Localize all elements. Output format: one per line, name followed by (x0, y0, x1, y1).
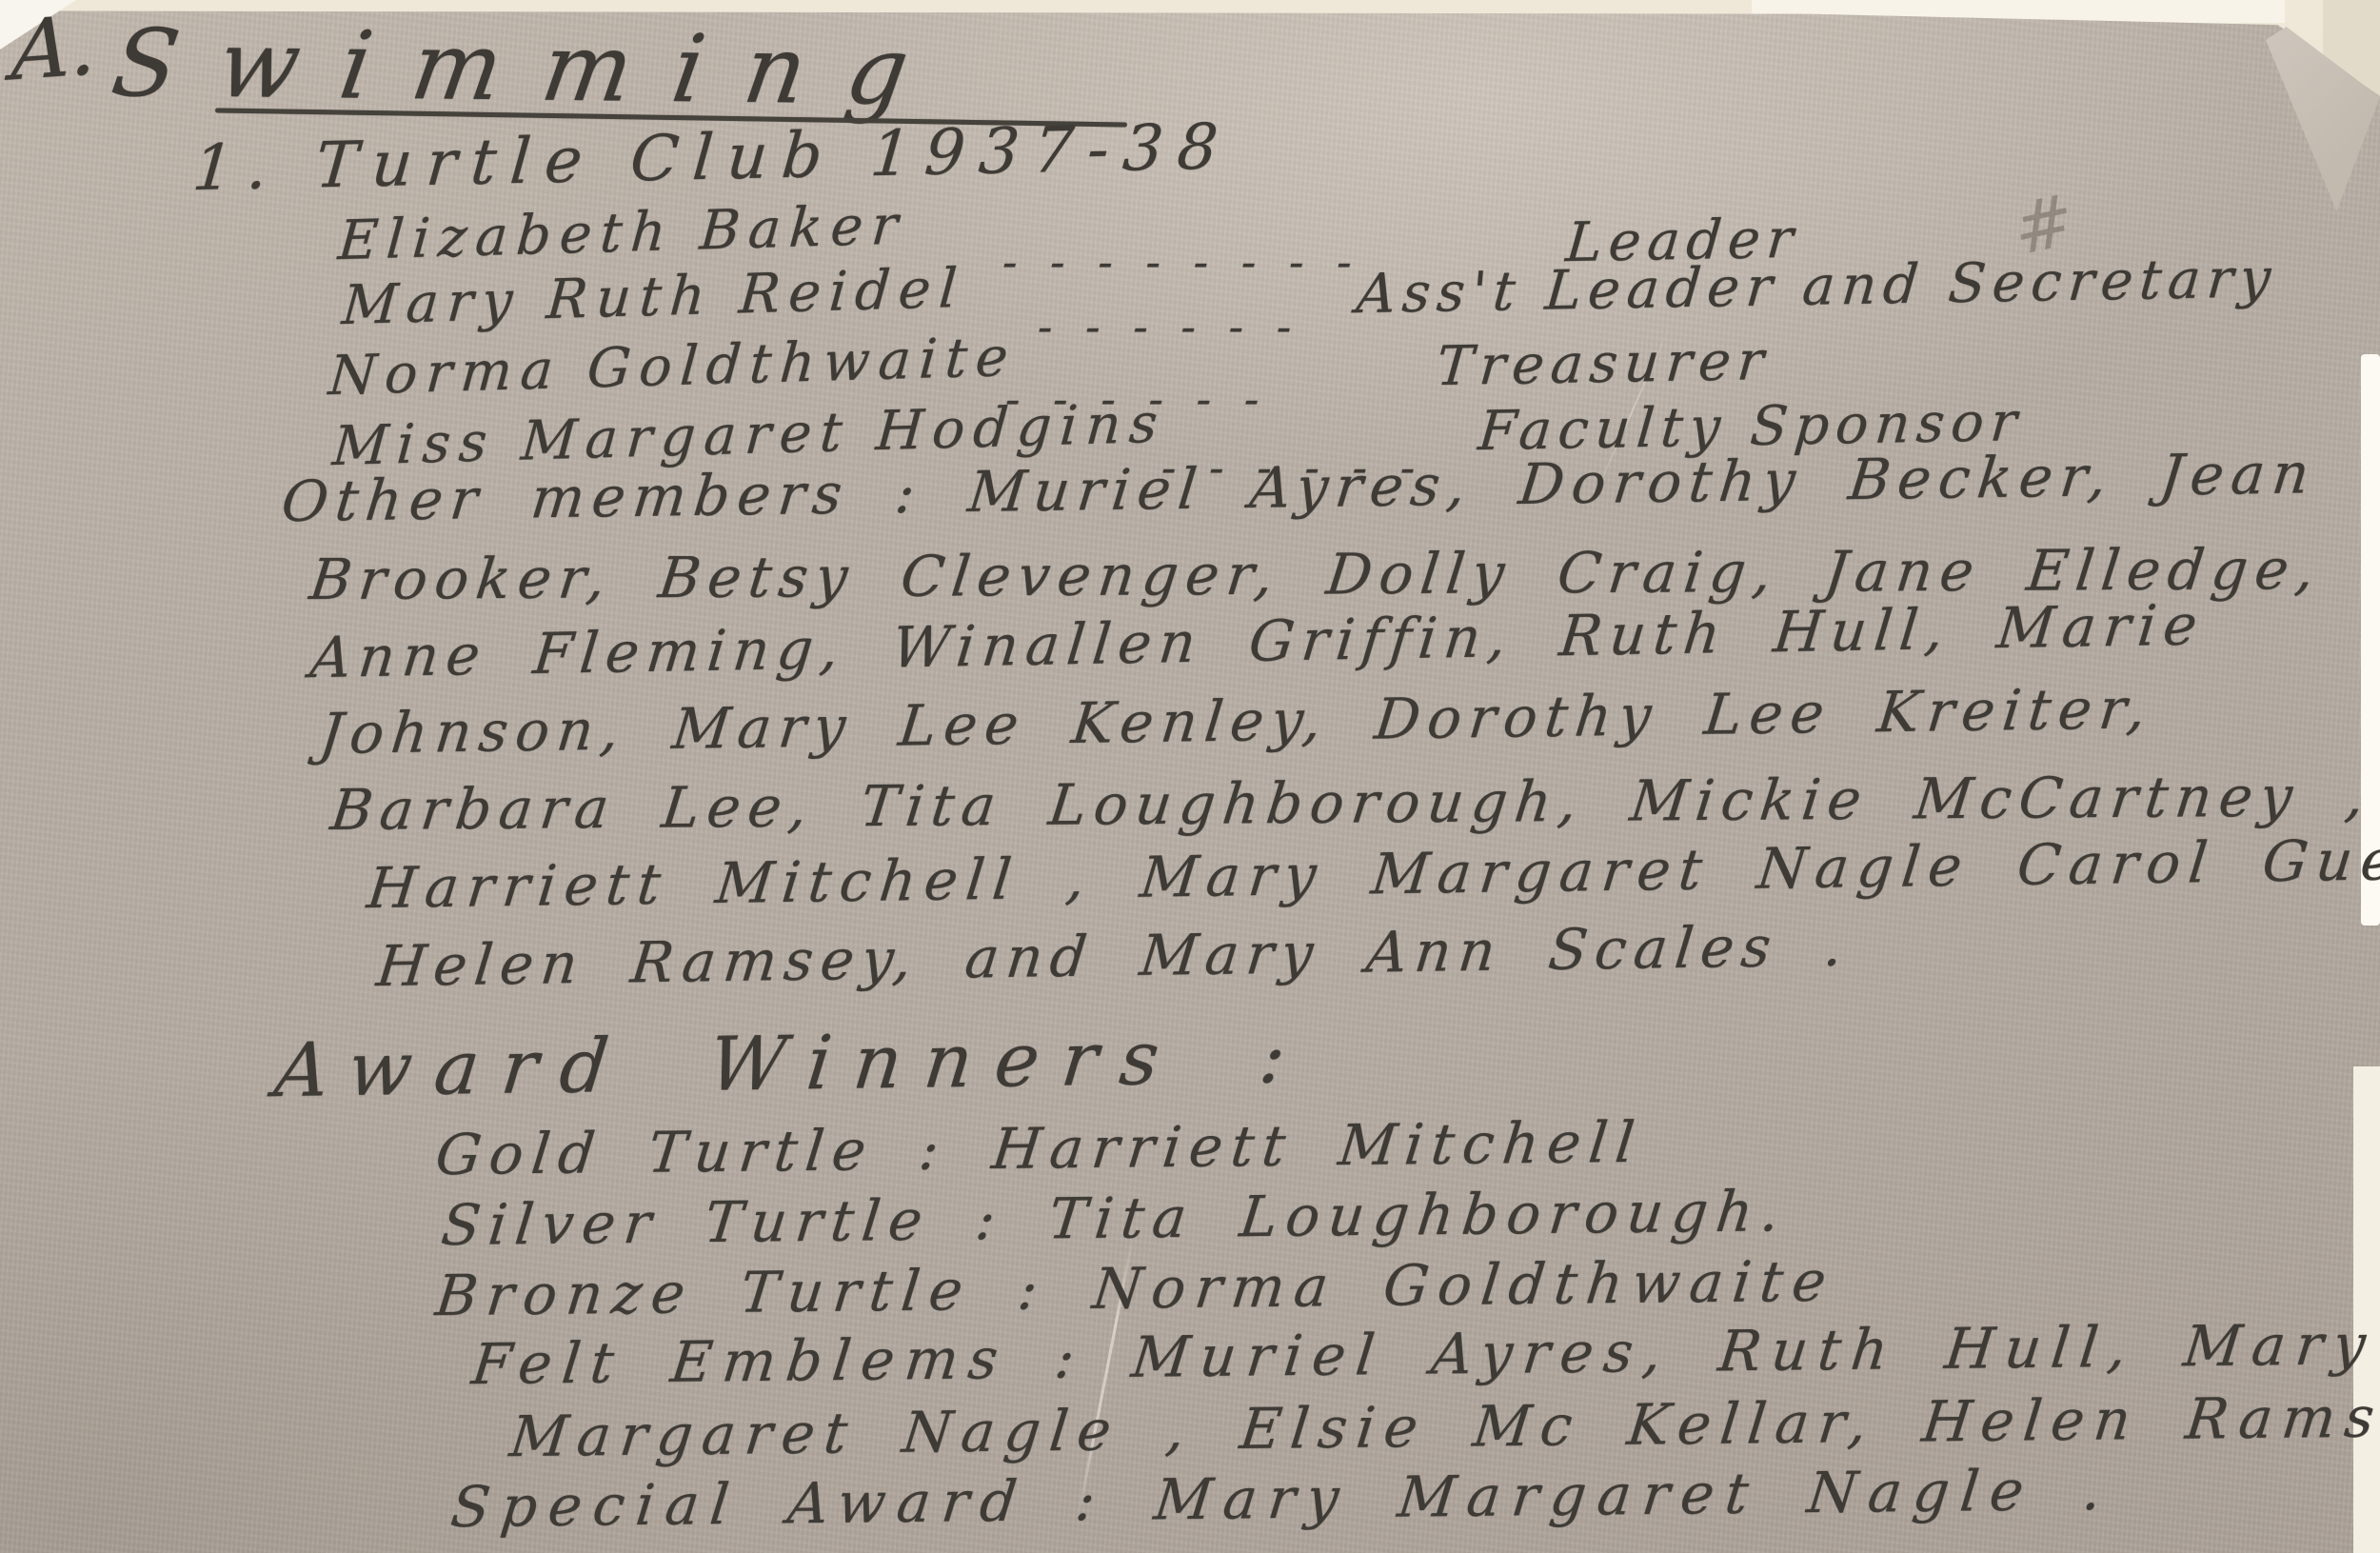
photo-of-handwritten-page: A. Swimming 1. Turtle Club 1937-38 Eliza… (0, 0, 2380, 1553)
award-line: Gold Turtle : Harriett Mitchell (432, 1109, 1646, 1187)
section-label: A. (10, 0, 98, 99)
awards-heading: Award Winners : (270, 1014, 1313, 1114)
pencil-hash-mark: # (2011, 178, 2077, 272)
backdrop-sliver-bottom-right (2353, 1066, 2380, 1553)
officer-dash-line: - - - - - - - - (1001, 236, 1362, 288)
officer-role: Treasurer (1434, 329, 1773, 398)
officer-dash-line: - - - - - - (1036, 301, 1302, 352)
